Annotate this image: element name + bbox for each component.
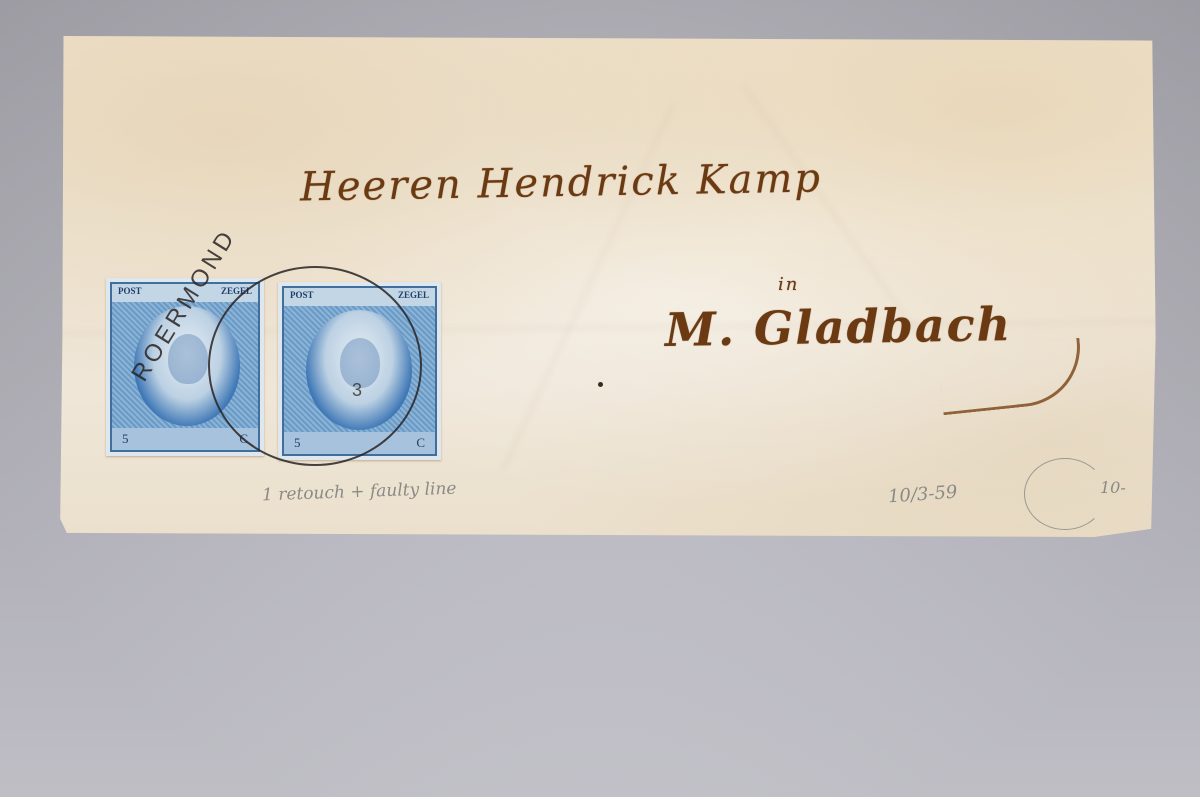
stamp-label-zegel: ZEGEL	[398, 290, 429, 304]
address-recipient: Heeren Hendrick Kamp	[300, 155, 823, 210]
pencil-price: 10-	[1100, 478, 1126, 497]
postmark-ring	[208, 266, 422, 466]
postmark-day: 3	[352, 380, 362, 401]
stamp-value: 5	[122, 431, 129, 447]
paper-fold	[743, 85, 920, 335]
stamp-label-post: POST	[118, 286, 142, 300]
stamp-currency: C	[416, 435, 425, 451]
paper-fold	[502, 102, 676, 470]
ink-dot	[598, 382, 603, 387]
address-city: M. Gladbach	[665, 297, 1013, 357]
pencil-circle	[1024, 458, 1106, 530]
address-preposition: in	[778, 274, 799, 295]
